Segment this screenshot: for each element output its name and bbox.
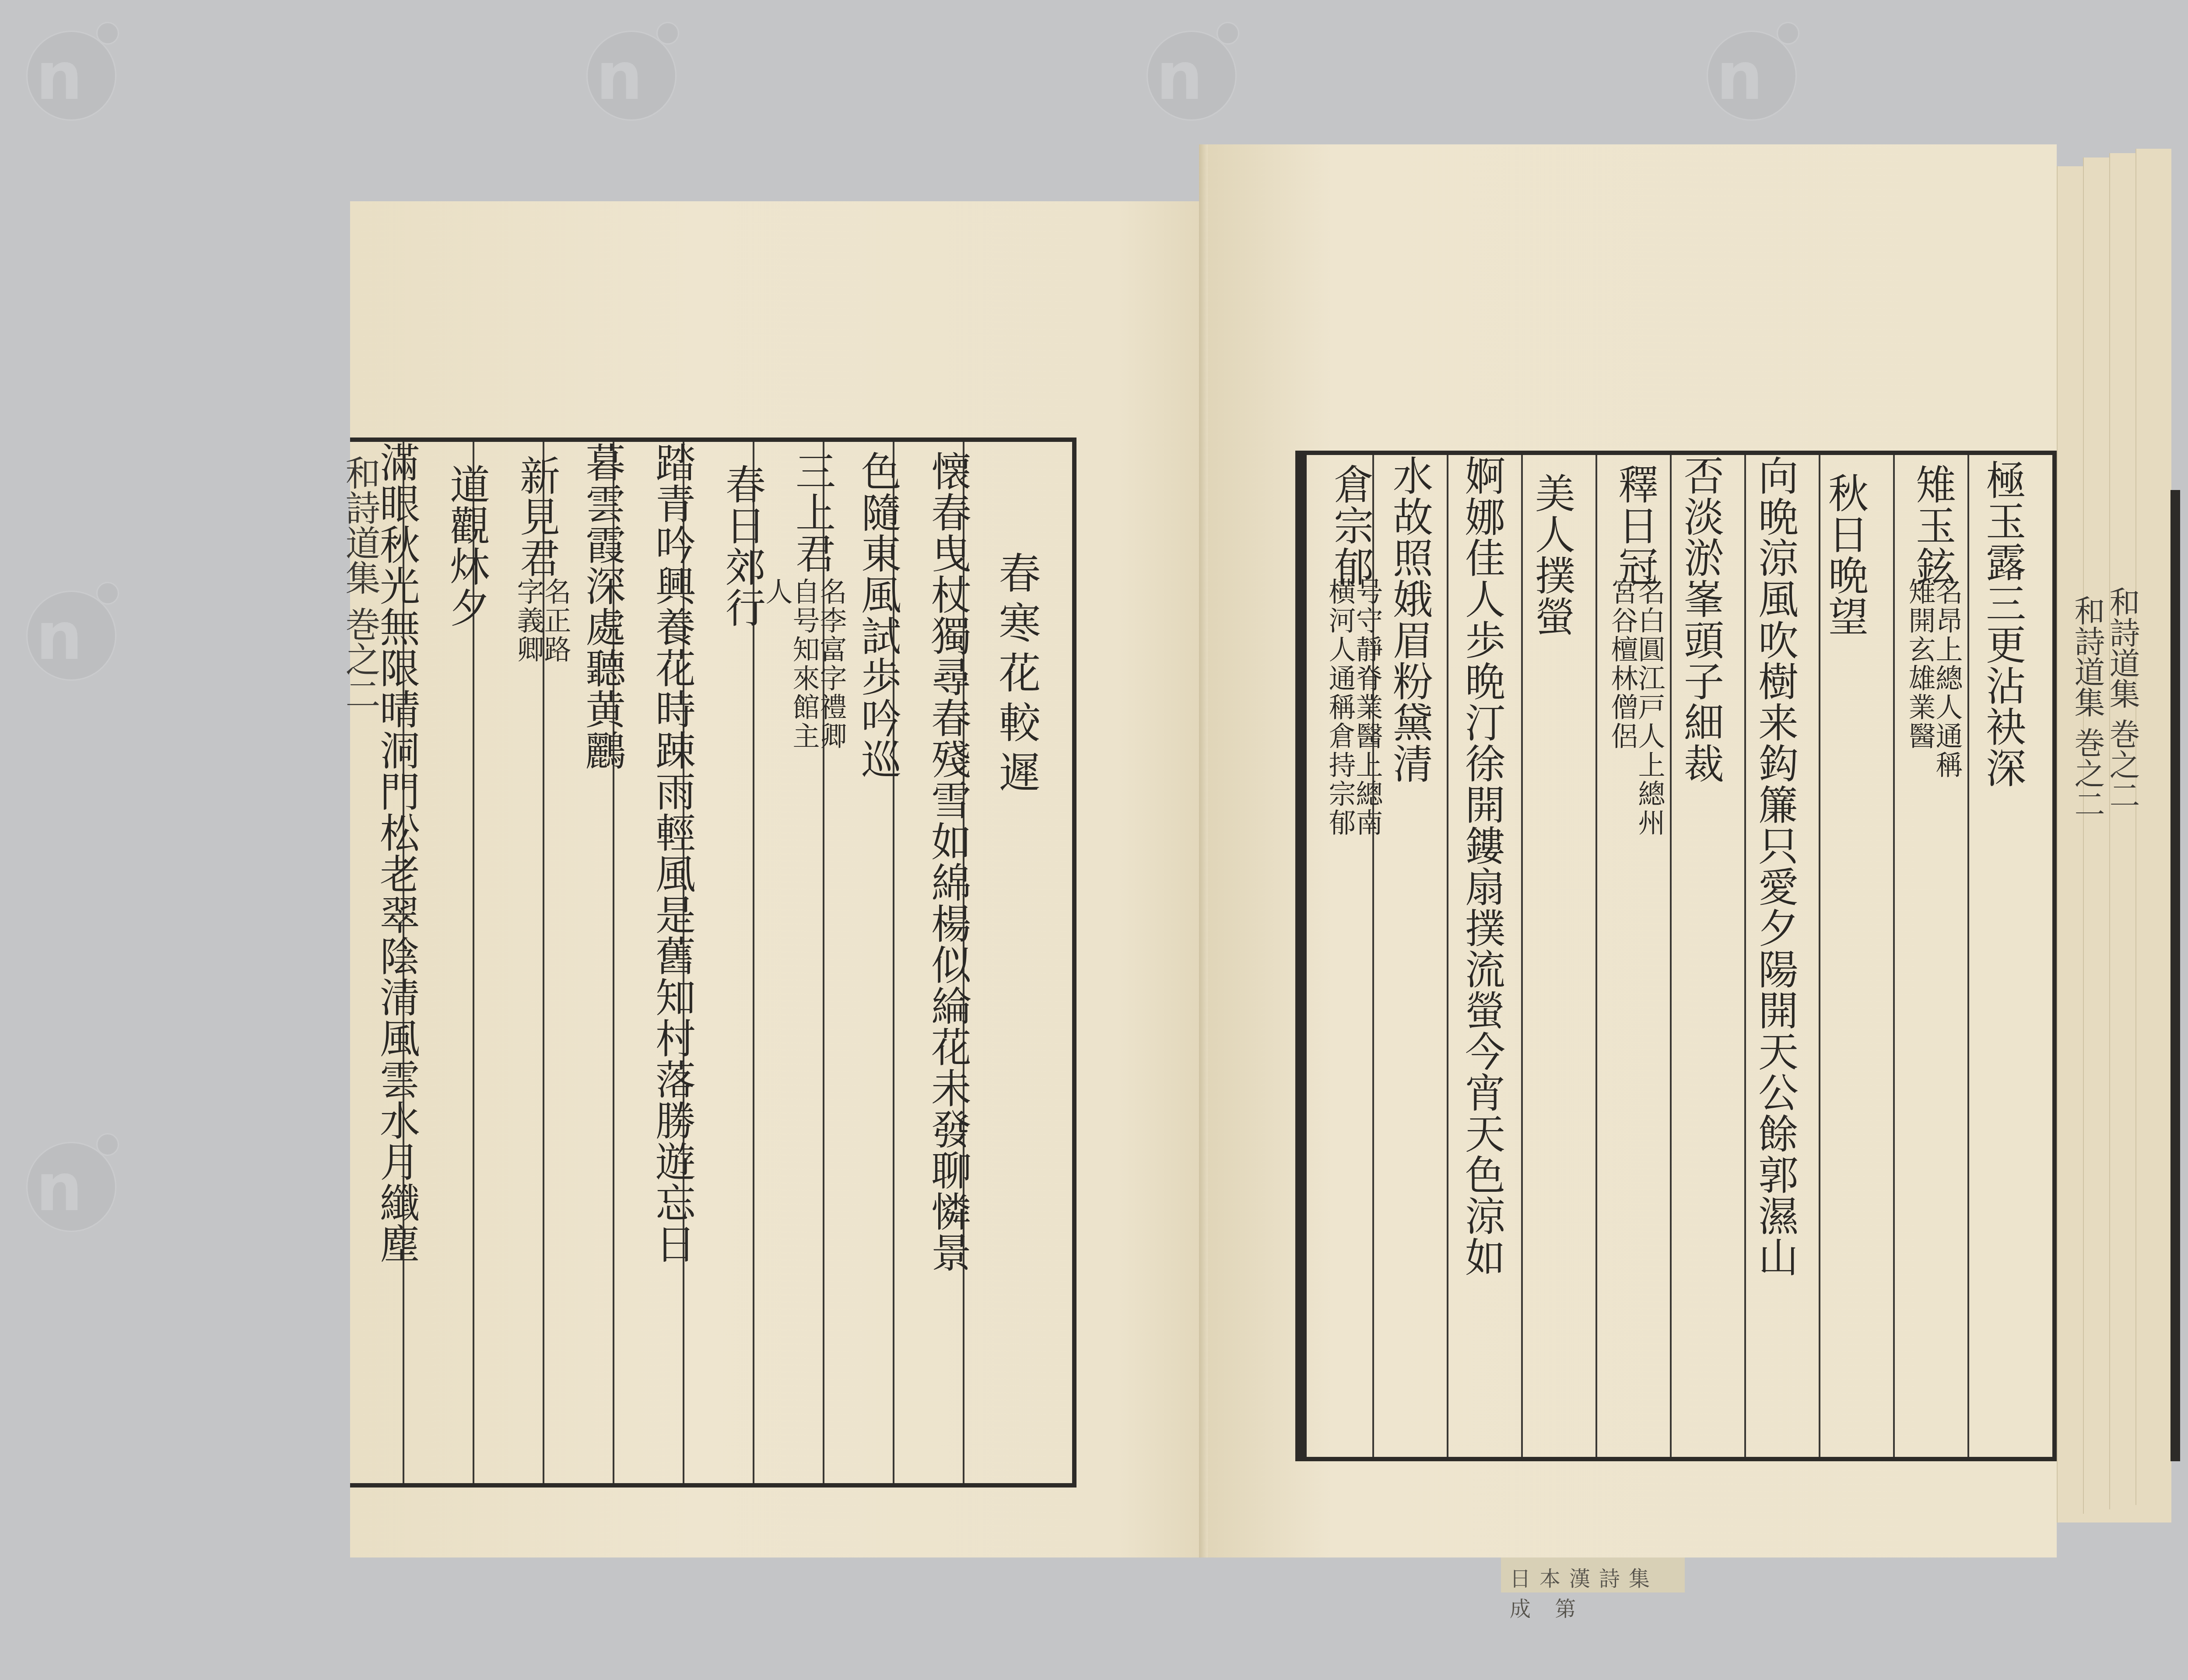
watermark-logo: n [9,9,123,122]
author-note: 号守靜脊業醫上總南横河人通稱倉持宗郁 [1315,577,1381,849]
poem-verse: 否淡淤峯頭子細裁 [1680,455,1721,784]
poem-title: 秋日晩望 [1825,472,1865,637]
author-name: 倉宗郁 [1330,464,1371,587]
catalog-label: 日本漢詩集成 第 [1501,1557,1685,1592]
author-name: 雉玉鉉 [1912,464,1953,587]
poem-verse: 暮雲霞深處聽黄鸝 [582,442,622,771]
watermark-logo: n [1689,9,1803,122]
poem-verse: 婀娜佳人歩晩汀徐開鏤扇撲流螢今宵天色涼如 [1462,455,1502,1277]
watermark-logo: n [1129,9,1243,122]
author-name: 新見君 [516,455,557,578]
book-gutter [1199,144,1208,1557]
author-note: 名李富字禮卿自号知來館主人 [788,577,845,779]
poem-title: 春日郊行 [722,464,762,628]
poem-verse: 懐春曳杖獨尋春殘雪如綿楊似綸花未發聊憐景 [928,451,968,1273]
page-edge [2135,149,2171,1505]
watermark-logo: n [9,1120,123,1234]
catalog-label-text: 日本漢詩集成 第 [1510,1562,1685,1622]
poem-title: 春寒花較遲 [996,551,1038,801]
page-edge-title: 和詩道集 巻之二 [2100,586,2145,810]
watermark-logo: n [569,9,683,122]
poem-title: 美人撲螢 [1532,472,1572,637]
author-note: 名正路字義卿 [512,577,569,691]
poem-verse: 滿眼秋光無限晴洞門松老翠陰清風雲水月纖塵 [376,442,417,1264]
author-name: 三上君 [792,451,832,574]
poem-verse: 向晩涼風吹樹来鈎簾只愛夕陽開天公餘郭濕山 [1755,455,1795,1277]
page-edge-border [2170,490,2180,1461]
poem-title: 道觀炑夕 [446,464,487,628]
author-note: 名白圓江戸人上總州宮谷檀林僧侶 [1597,577,1663,840]
author-name: 釋日冠 [1615,464,1655,587]
poem-verse: 色隨東風試歩吟巡 [858,451,898,780]
poem-verse: 極玉露三更沾袂深 [1982,459,2023,788]
watermark-logo: n [9,569,123,682]
poem-verse: 踏青吟興養花時踈雨輕風是舊知村落勝遊忘日 [652,442,692,1264]
author-note: 名昂上總人通稱雉開玄雄業醫 [1899,577,1960,783]
poem-verse: 水故照娥眉粉黛清 [1389,455,1430,784]
